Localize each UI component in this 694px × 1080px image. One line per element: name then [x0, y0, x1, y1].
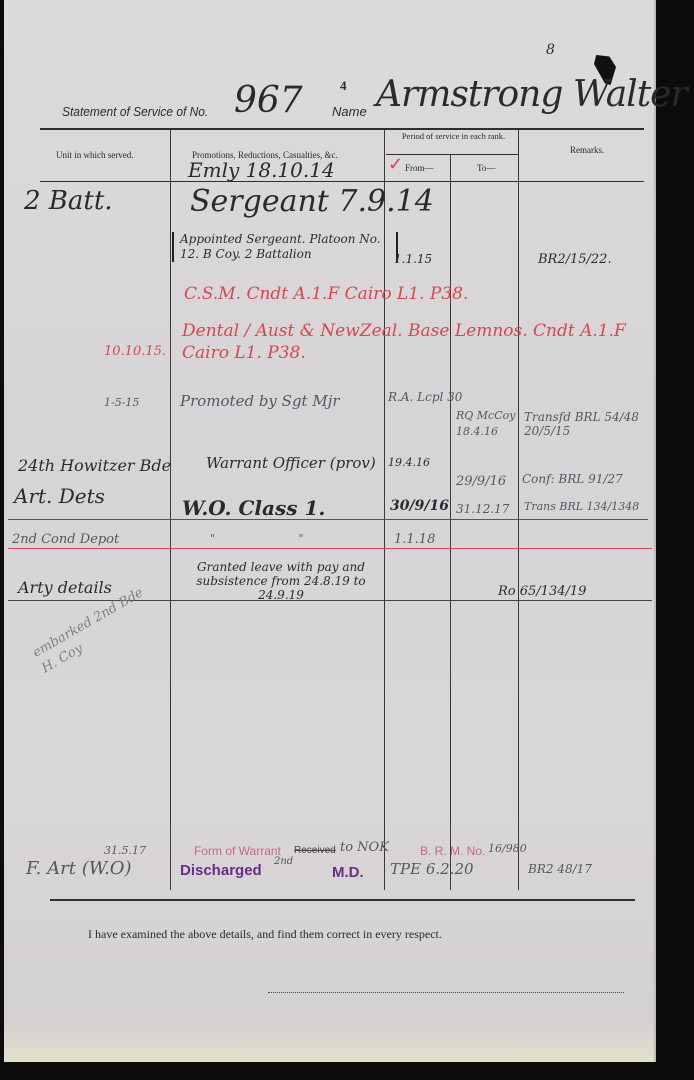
- bottom-rule: [50, 899, 635, 901]
- discharged-label: Discharged: [180, 862, 262, 879]
- brm-value: 16/980: [488, 842, 527, 855]
- page-number: 4: [340, 78, 347, 94]
- title-prefix: Statement of Service of No.: [62, 104, 208, 119]
- csm-note: C.S.M. Cndt A.1.F Cairo L1. P38.: [184, 284, 468, 304]
- col-divider-4: [518, 130, 519, 890]
- warrant-officer: Warrant Officer (prov): [206, 454, 376, 472]
- appointed-remarks: BR2/15/22.: [538, 252, 612, 267]
- row-enlisted: Emly 18.10.14: [188, 158, 335, 182]
- row-rule-2: [8, 600, 652, 601]
- md-value: TPE 6.2.20: [390, 860, 474, 878]
- promoted-remarks: Transfd BRL 54/48 20/5/15: [524, 410, 659, 438]
- name-value: Armstrong Walter: [376, 74, 687, 115]
- form-of-warrant-label: Form of Warrant: [194, 844, 281, 858]
- form-value: to NOK: [340, 840, 389, 855]
- wo-remarks: Conf: BRL 91/27: [522, 472, 623, 486]
- form-struck: Received: [294, 845, 336, 856]
- brm-label: B. R. M. No.: [420, 844, 485, 858]
- row-rule-1: [8, 519, 648, 520]
- header-period: Period of service in each rank.: [396, 131, 511, 141]
- promotion-sergeant: Sergeant 7.9.14: [190, 184, 434, 219]
- header-rule: [40, 181, 644, 182]
- col-divider-1: [170, 130, 171, 890]
- unit-cond-depot: 2nd Cond Depot: [12, 532, 119, 547]
- unit-art-dets: Art. Dets: [14, 484, 105, 508]
- depot-from: 1.1.18: [394, 532, 435, 547]
- leave-remarks: Ro 65/134/19: [498, 584, 586, 599]
- wo1-from: 30/9/16: [390, 498, 449, 514]
- appointed-from: 1.1.15: [394, 252, 432, 266]
- wo-to: 29/9/16: [456, 474, 506, 489]
- header-remarks: Remarks.: [570, 145, 604, 155]
- wo-from: 19.4.16: [388, 456, 430, 469]
- promoted-from: R.A. Lcpl 30: [388, 390, 462, 404]
- granted-leave: Granted leave with pay and subsistence f…: [176, 560, 386, 602]
- appointed-sergeant: Appointed Sergeant. Platoon No. 12. B Co…: [172, 232, 398, 262]
- unit-arty-details: Arty details: [18, 578, 112, 597]
- corner-mark: 8: [546, 42, 555, 58]
- service-record-sheet: 8 4 Statement of Service of No. 967 Name…: [4, 0, 656, 1062]
- discharge-remarks: BR2 48/17: [528, 862, 592, 876]
- unit-howitzer: 24th Howitzer Bde: [18, 456, 171, 475]
- header-from: From—: [405, 163, 434, 173]
- discharged-value: 2nd: [274, 856, 293, 867]
- service-number: 967: [234, 80, 303, 121]
- ditto-marks: " ": [210, 532, 344, 545]
- wo1-remarks: Trans BRL 134/1348: [524, 500, 639, 513]
- period-rule: [386, 154, 518, 155]
- header-unit: Unit in which served.: [56, 150, 133, 160]
- col-divider-3: [450, 155, 451, 890]
- signature-line: [268, 992, 624, 993]
- dental-note: Dental / Aust & NewZeal. Base Lemnos. Cn…: [182, 320, 662, 364]
- header-to: To—: [477, 163, 495, 173]
- wo-class-1: W.O. Class 1.: [182, 496, 325, 520]
- dental-date: 10.10.15.: [104, 344, 166, 359]
- promoted-note: Promoted by Sgt Mjr: [180, 392, 340, 410]
- red-rule: [8, 548, 652, 549]
- name-label: Name: [332, 104, 367, 119]
- promoted-date: 1-5-15: [104, 396, 139, 409]
- unit-2-batt: 2 Batt.: [24, 186, 113, 216]
- promoted-to: RQ McCoy 18.4.16: [456, 408, 518, 440]
- md-label: M.D.: [332, 864, 364, 881]
- certification-text: I have examined the above details, and f…: [88, 927, 442, 942]
- wo1-to: 31.12.17: [456, 502, 509, 516]
- check-mark: ✓: [388, 154, 403, 175]
- discharge-unit: F. Art (W.O): [26, 858, 132, 879]
- title-rule: [40, 128, 644, 130]
- discharge-date-note: 31.5.17: [104, 844, 146, 857]
